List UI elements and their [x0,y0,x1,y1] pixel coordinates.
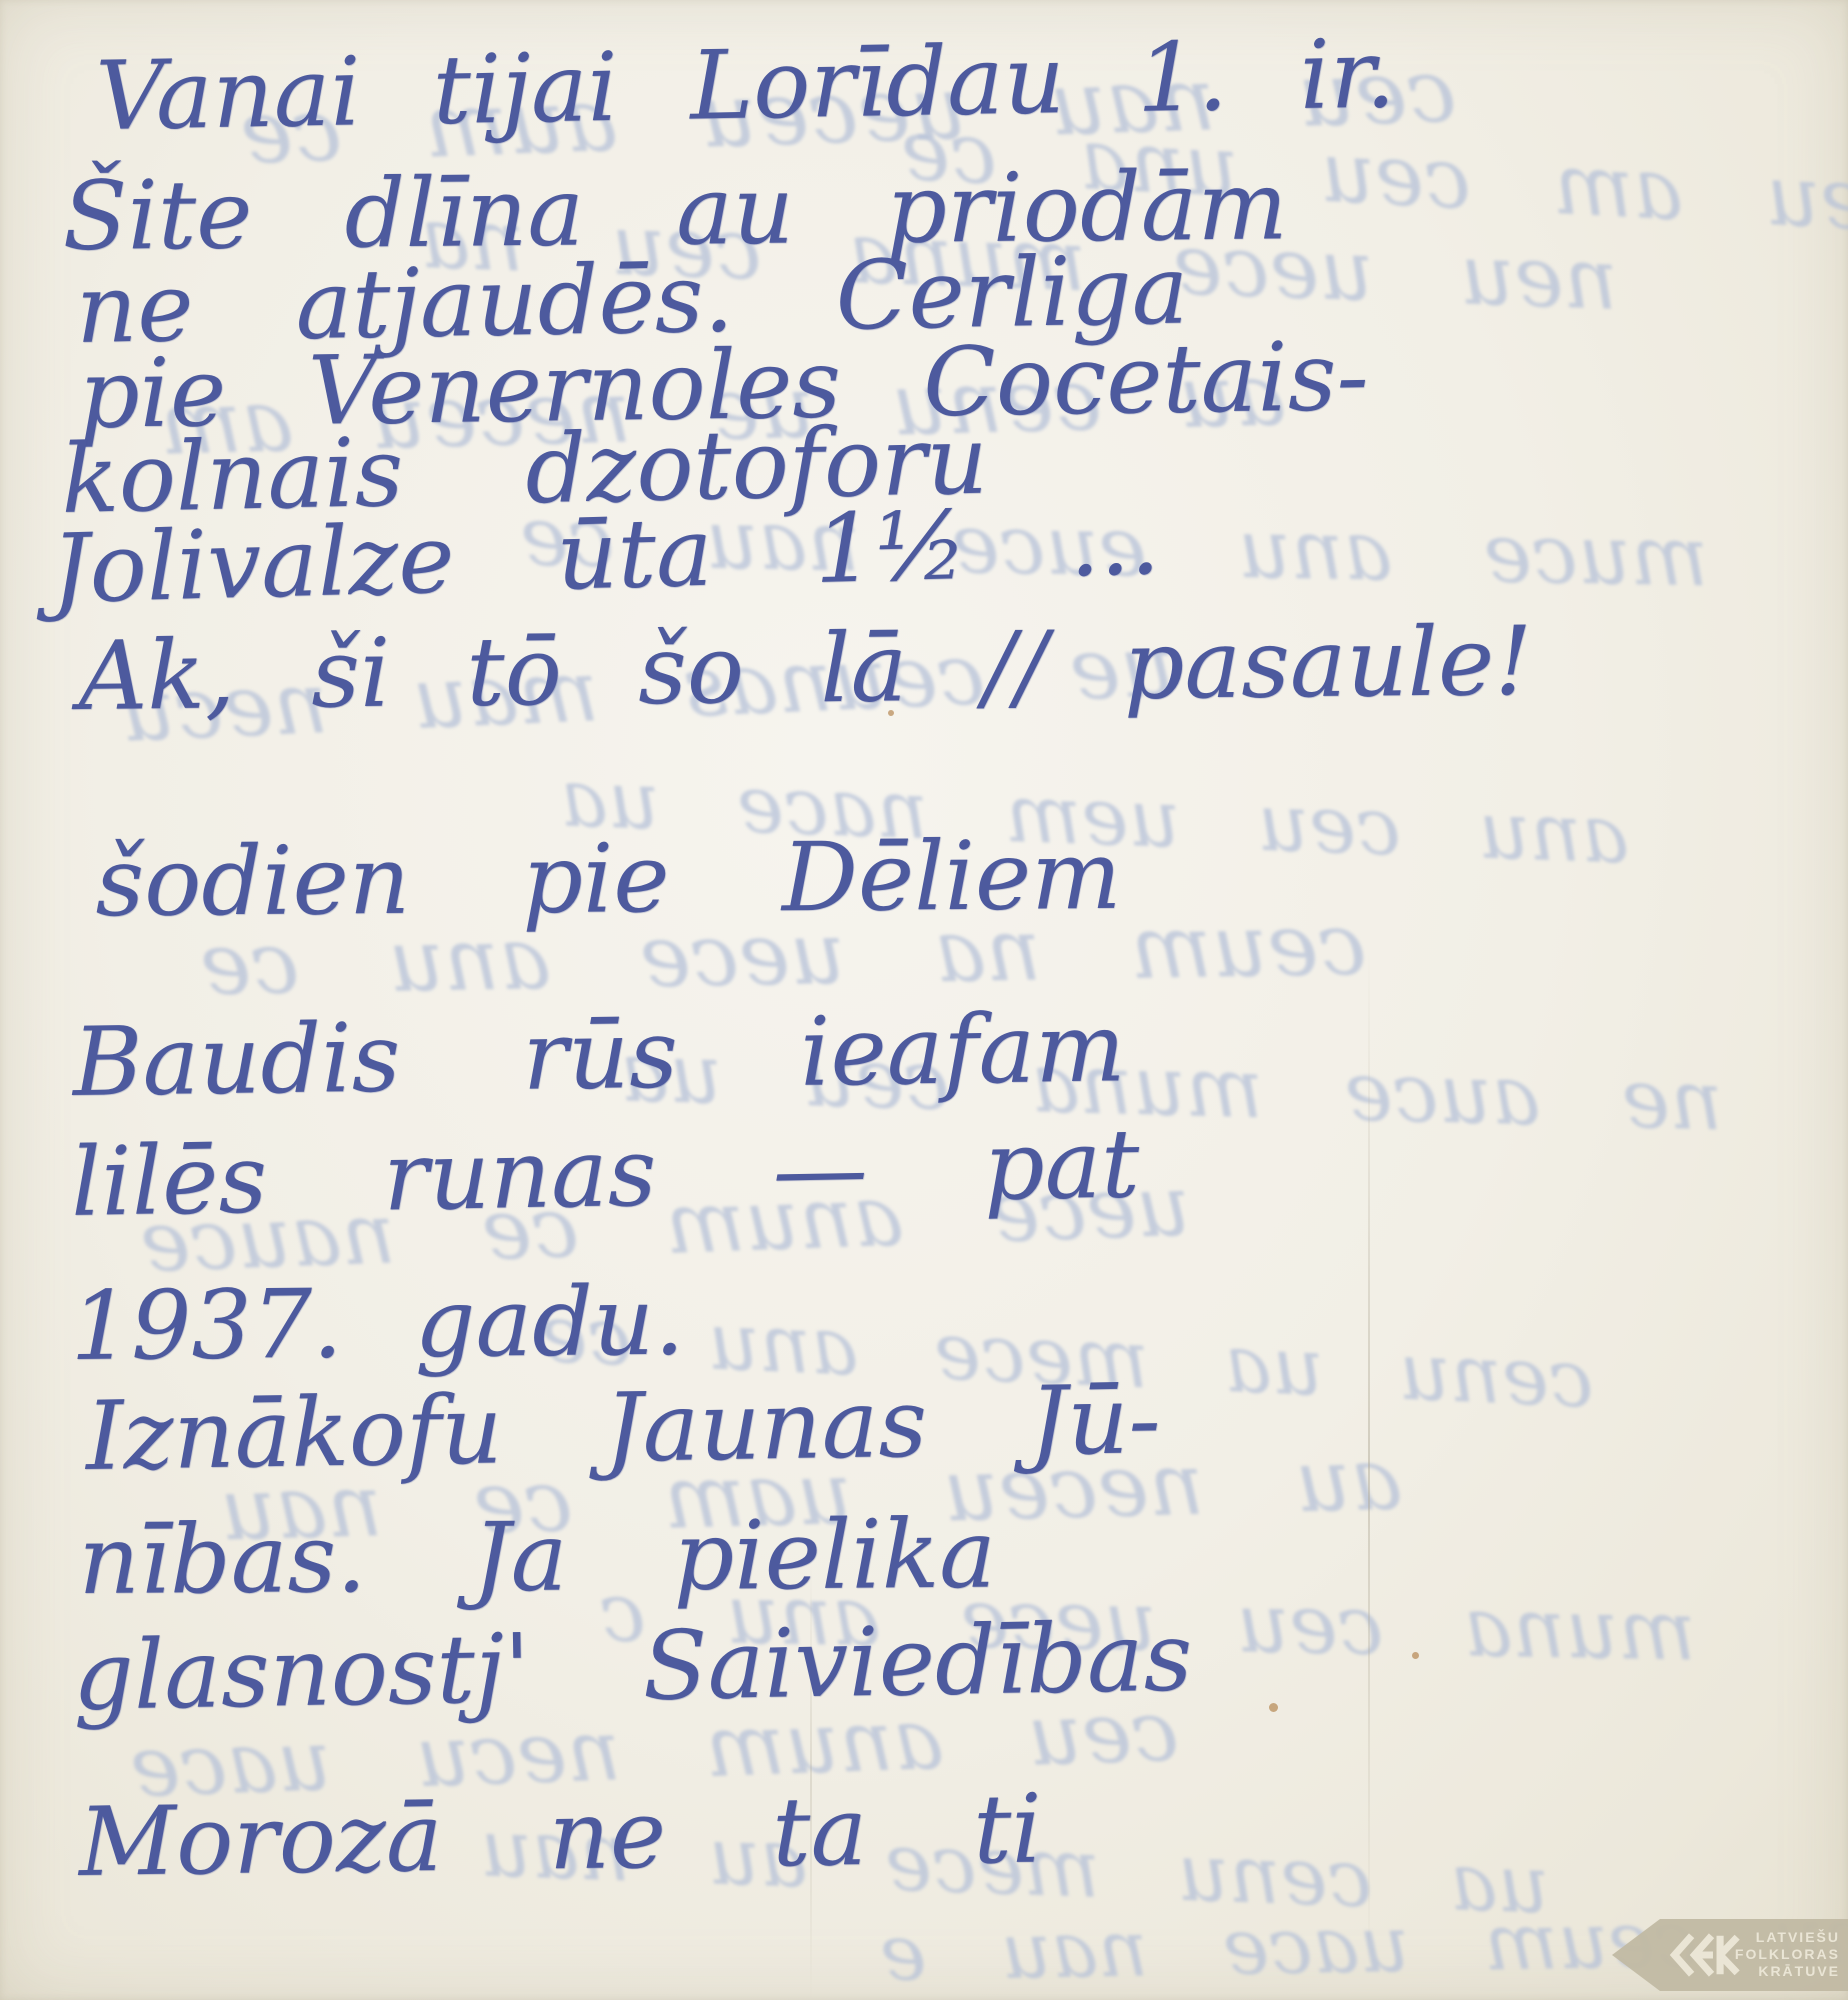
handwritten-line: Ak, ši tō šo lā // pasaule! [78,607,1533,732]
lfk-logo-icon [1666,1930,1740,1980]
handwritten-line: 1937. gadu. [70,1267,685,1382]
watermark-label-line: KRĀTUVE [1730,1963,1840,1980]
foxing-speck [1412,1652,1419,1659]
handwritten-line: Iznākofu Jaunas Jū- [85,1365,1161,1492]
handwritten-line: nības. Ja pielika [78,1500,996,1616]
archive-watermark: LATVIEŠU FOLKLORAS KRĀTUVE [1612,1919,1848,1991]
watermark-label: LATVIEŠU FOLKLORAS KRĀTUVE [1730,1929,1840,1980]
handwritten-line: glasnostj' Saiviedības [72,1602,1193,1732]
watermark-label-line: LATVIEŠU [1730,1929,1840,1946]
watermark-label-line: FOLKLORAS [1730,1946,1840,1963]
scanned-manuscript-page: ceu nau ueceu aum ce neu uece muna ceu n… [0,0,1848,2000]
handwritten-line: šodien pie Dēliem [95,821,1122,938]
paper-crease [1368,950,1370,1970]
handwritten-line: lilēs runas — pat [70,1109,1140,1238]
handwritten-line: Vanai tijai Lorīdau 1. ir. [95,19,1396,152]
handwritten-line: Baudis rūs ieafam [72,993,1126,1118]
handwritten-line: Morozā ne ta ti [78,1775,1043,1898]
foxing-speck [1269,1703,1278,1712]
